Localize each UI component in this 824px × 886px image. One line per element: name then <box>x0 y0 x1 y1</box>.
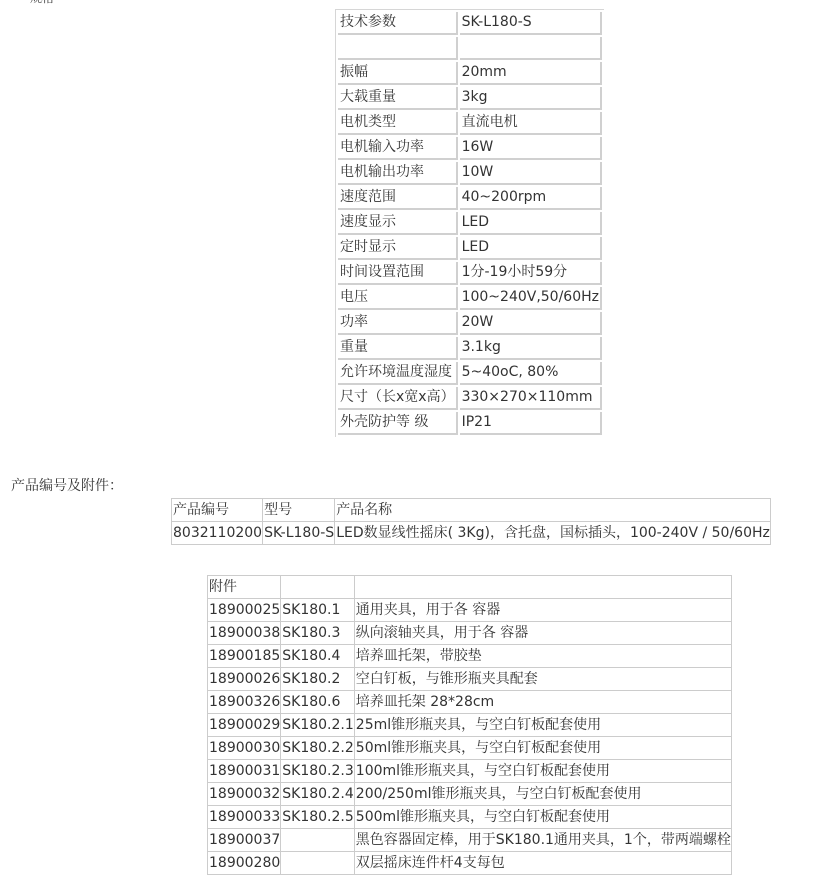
product-row: 8032110200 SK-L180-S LED数显线性摇床( 3Kg)，含托盘… <box>172 522 771 545</box>
accessory-model: SK180.6 <box>281 691 355 714</box>
accessory-number: 18900032 <box>208 783 281 806</box>
accessory-table: 附件 18900025SK180.1通用夹具，用于各 容器 18900038SK… <box>207 575 732 875</box>
accessory-description: 培养皿托架 28*28cm <box>354 691 731 714</box>
spec-key: 电机类型 <box>338 112 458 135</box>
spec-row: 功率20W <box>338 312 602 335</box>
accessory-row: 18900026SK180.2空白钉板，与锥形瓶夹具配套 <box>208 668 732 691</box>
accessory-model: SK180.2.1 <box>281 714 355 737</box>
spec-key: 允许环境温度湿度 <box>338 362 458 385</box>
accessory-row: 18900032SK180.2.4200/250ml锥形瓶夹具，与空白钉板配套使… <box>208 783 732 806</box>
accessory-number: 18900037 <box>208 829 281 852</box>
accessory-model: SK180.4 <box>281 645 355 668</box>
accessory-model: SK180.1 <box>281 599 355 622</box>
spec-value <box>460 37 602 60</box>
accessory-description: 双层摇床连件杆4支每包 <box>354 852 731 875</box>
spec-key <box>338 37 458 60</box>
spec-header-value: SK-L180-S <box>460 12 602 35</box>
accessory-number: 18900185 <box>208 645 281 668</box>
spec-row: 电机输入功率16W <box>338 137 602 160</box>
accessory-model: SK180.2.4 <box>281 783 355 806</box>
accessory-row: 18900025SK180.1通用夹具，用于各 容器 <box>208 599 732 622</box>
accessory-model <box>281 829 355 852</box>
header-product-number: 产品编号 <box>172 499 263 522</box>
spec-value: IP21 <box>460 412 602 435</box>
accessory-description: 纵向滚轴夹具，用于各 容器 <box>354 622 731 645</box>
accessory-number: 18900280 <box>208 852 281 875</box>
spec-row: 大载重量3kg <box>338 87 602 110</box>
accessory-model: SK180.2.2 <box>281 737 355 760</box>
spec-table: 技术参数 SK-L180-S 振幅20mm 大载重量3kg 电机类型直流电机 电… <box>336 10 604 437</box>
accessory-description: 200/250ml锥形瓶夹具，与空白钉板配套使用 <box>354 783 731 806</box>
spec-value: 16W <box>460 137 602 160</box>
accessory-number: 18900033 <box>208 806 281 829</box>
accessory-row: 18900029SK180.2.125ml锥形瓶夹具，与空白钉板配套使用 <box>208 714 732 737</box>
accessory-row: 18900030SK180.2.250ml锥形瓶夹具，与空白钉板配套使用 <box>208 737 732 760</box>
spec-key: 外壳防护等 级 <box>338 412 458 435</box>
spec-row: 外壳防护等 级IP21 <box>338 412 602 435</box>
header-accessory: 附件 <box>208 576 281 599</box>
spec-key: 电机输出功率 <box>338 162 458 185</box>
accessory-description: 25ml锥形瓶夹具，与空白钉板配套使用 <box>354 714 731 737</box>
header-accessory-model <box>281 576 355 599</box>
accessory-number: 18900025 <box>208 599 281 622</box>
accessory-model: SK180.2.5 <box>281 806 355 829</box>
accessory-number: 18900031 <box>208 760 281 783</box>
accessory-description: 培养皿托架，带胶垫 <box>354 645 731 668</box>
spec-row: 电压100~240V,50/60Hz <box>338 287 602 310</box>
spec-row: 重量3.1kg <box>338 337 602 360</box>
spec-value: 20mm <box>460 62 602 85</box>
spec-key: 速度显示 <box>338 212 458 235</box>
accessory-number: 18900029 <box>208 714 281 737</box>
accessory-description: 500ml锥形瓶夹具，与空白钉板配套使用 <box>354 806 731 829</box>
accessory-row: 18900033SK180.2.5500ml锥形瓶夹具，与空白钉板配套使用 <box>208 806 732 829</box>
accessory-row: 18900037黑色容器固定棒，用于SK180.1通用夹具，1个，带两端螺栓 <box>208 829 732 852</box>
product-header-row: 产品编号 型号 产品名称 <box>172 499 771 522</box>
accessory-model: SK180.2.3 <box>281 760 355 783</box>
header-product-name: 产品名称 <box>335 499 771 522</box>
accessory-description: 100ml锥形瓶夹具，与空白钉板配套使用 <box>354 760 731 783</box>
spec-row: 振幅20mm <box>338 62 602 85</box>
spec-table-container: 技术参数 SK-L180-S 振幅20mm 大载重量3kg 电机类型直流电机 电… <box>335 9 604 437</box>
spec-value: 1分-19小时59分 <box>460 262 602 285</box>
spec-row: 允许环境温度湿度5~40oC, 80% <box>338 362 602 385</box>
accessory-row: 18900280双层摇床连件杆4支每包 <box>208 852 732 875</box>
spec-key: 时间设置范围 <box>338 262 458 285</box>
spec-key: 电机输入功率 <box>338 137 458 160</box>
spec-value: LED <box>460 237 602 260</box>
spec-row: 速度显示LED <box>338 212 602 235</box>
spec-row: 定时显示LED <box>338 237 602 260</box>
section-label-product-accessories: 产品编号及附件： <box>11 475 123 495</box>
spec-row: 时间设置范围1分-19小时59分 <box>338 262 602 285</box>
header-model: 型号 <box>263 499 335 522</box>
spec-key: 大载重量 <box>338 87 458 110</box>
spec-value: 10W <box>460 162 602 185</box>
accessory-description: 50ml锥形瓶夹具，与空白钉板配套使用 <box>354 737 731 760</box>
accessory-number: 18900026 <box>208 668 281 691</box>
product-table: 产品编号 型号 产品名称 8032110200 SK-L180-S LED数显线… <box>171 498 771 545</box>
accessory-row: 18900031SK180.2.3100ml锥形瓶夹具，与空白钉板配套使用 <box>208 760 732 783</box>
spec-value: 20W <box>460 312 602 335</box>
spec-key: 尺寸（长x宽x高） <box>338 387 458 410</box>
spec-row: 尺寸（长x宽x高）330×270×110mm <box>338 387 602 410</box>
spec-key: 功率 <box>338 312 458 335</box>
product-number: 8032110200 <box>172 522 263 545</box>
spec-header-row: 技术参数 SK-L180-S <box>338 12 602 35</box>
header-accessory-description <box>354 576 731 599</box>
accessory-model: SK180.2 <box>281 668 355 691</box>
spec-header-key: 技术参数 <box>338 12 458 35</box>
spec-value: LED <box>460 212 602 235</box>
spec-value: 330×270×110mm <box>460 387 602 410</box>
spec-value: 40~200rpm <box>460 187 602 210</box>
spec-key: 定时显示 <box>338 237 458 260</box>
spec-value: 3kg <box>460 87 602 110</box>
spec-row: 电机输出功率10W <box>338 162 602 185</box>
accessory-number: 18900038 <box>208 622 281 645</box>
spec-value: 5~40oC, 80% <box>460 362 602 385</box>
accessory-header-row: 附件 <box>208 576 732 599</box>
accessory-row: 18900038SK180.3纵向滚轴夹具，用于各 容器 <box>208 622 732 645</box>
product-model: SK-L180-S <box>263 522 335 545</box>
accessory-description: 空白钉板，与锥形瓶夹具配套 <box>354 668 731 691</box>
spec-key: 电压 <box>338 287 458 310</box>
accessory-row: 18900185SK180.4培养皿托架，带胶垫 <box>208 645 732 668</box>
spec-key: 速度范围 <box>338 187 458 210</box>
product-name: LED数显线性摇床( 3Kg)，含托盘，国标插头，100-240V / 50/6… <box>335 522 771 545</box>
spec-row: 电机类型直流电机 <box>338 112 602 135</box>
spec-key: 振幅 <box>338 62 458 85</box>
spec-value: 3.1kg <box>460 337 602 360</box>
accessory-number: 18900030 <box>208 737 281 760</box>
accessory-description: 黑色容器固定棒，用于SK180.1通用夹具，1个，带两端螺栓 <box>354 829 731 852</box>
accessory-number: 18900326 <box>208 691 281 714</box>
spec-row <box>338 37 602 60</box>
spec-value: 直流电机 <box>460 112 602 135</box>
spec-value: 100~240V,50/60Hz <box>460 287 602 310</box>
spec-key: 重量 <box>338 337 458 360</box>
accessory-model <box>281 852 355 875</box>
accessory-row: 18900326SK180.6培养皿托架 28*28cm <box>208 691 732 714</box>
accessory-description: 通用夹具，用于各 容器 <box>354 599 731 622</box>
accessory-model: SK180.3 <box>281 622 355 645</box>
spec-row: 速度范围40~200rpm <box>338 187 602 210</box>
clipped-heading-text: 规格 <box>30 0 54 6</box>
